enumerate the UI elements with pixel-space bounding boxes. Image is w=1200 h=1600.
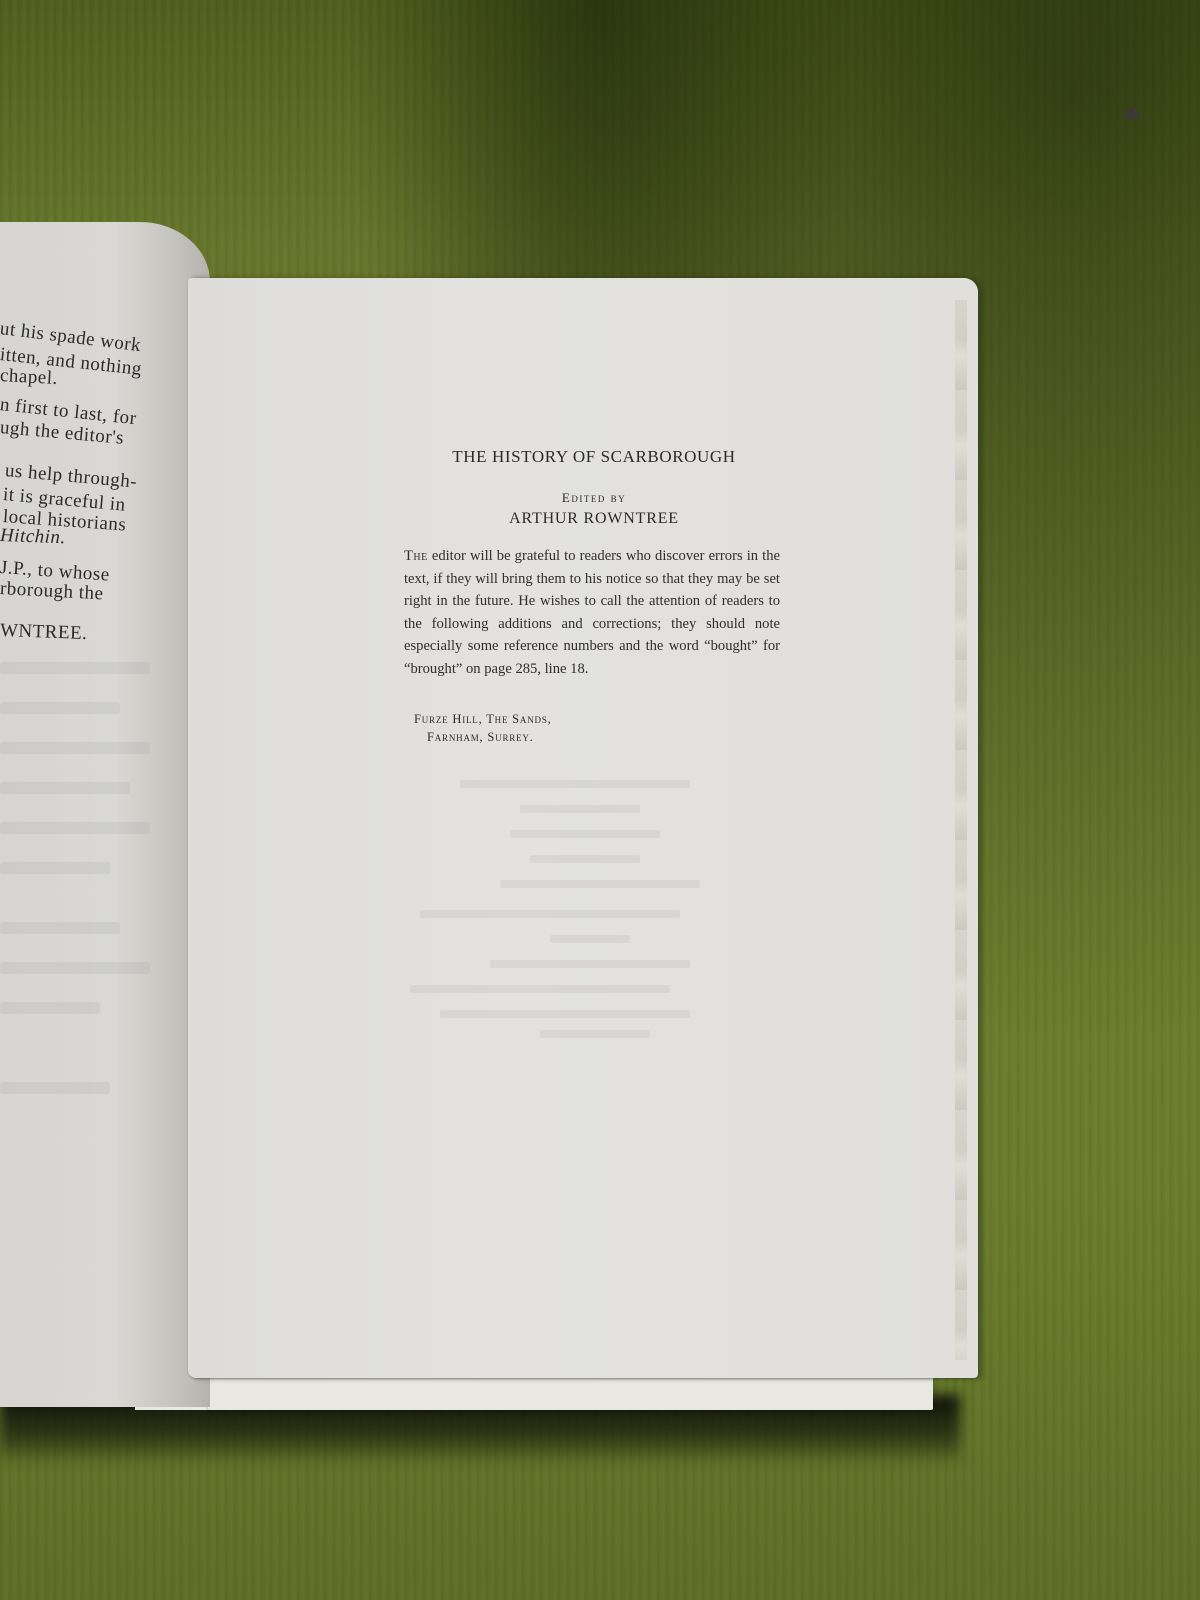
left-page-line: rborough the bbox=[0, 578, 104, 605]
left-page-line: chapel. bbox=[0, 365, 58, 390]
editor-address: Furze Hill, The Sands, Farnham, Surrey. bbox=[414, 710, 552, 746]
errata-notice: The editor will be grateful to readers w… bbox=[404, 545, 780, 680]
errata-lead-word: The bbox=[404, 548, 428, 564]
book-title: THE HISTORY OF SCARBOROUGH bbox=[0, 447, 1188, 467]
left-page-line: WNTREE. bbox=[0, 620, 88, 645]
left-page-line: Hitchin. bbox=[0, 525, 66, 549]
show-through-text bbox=[400, 760, 780, 1040]
address-line-1: Furze Hill, The Sands, bbox=[414, 710, 552, 728]
surface-stain bbox=[1125, 108, 1139, 120]
left-page: ut his spade work itten, and nothing cha… bbox=[0, 222, 210, 1407]
errata-body: editor will be grateful to readers who d… bbox=[404, 548, 780, 677]
address-line-2: Farnham, Surrey. bbox=[414, 728, 552, 746]
editor-name: ARTHUR ROWNTREE bbox=[0, 510, 1188, 528]
edited-by-label: Edited by bbox=[0, 490, 1188, 506]
